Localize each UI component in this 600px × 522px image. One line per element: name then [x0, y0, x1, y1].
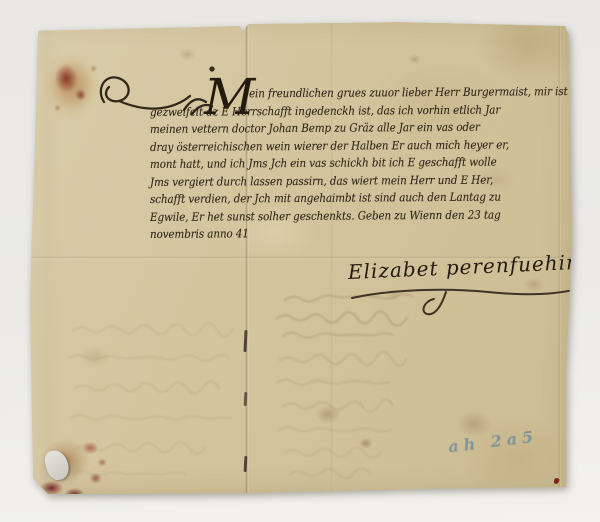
letter-line-1: ein freundlichen grues zuuor lieber Herr… [150, 83, 528, 103]
letter-line-7: schafft verdien, der Jch mit angehaimbt … [150, 188, 528, 208]
letter-paper: M ein freundlichen grues zuuor lieber He… [30, 16, 572, 496]
signature-flourish [348, 286, 583, 320]
letter-line-9: novembris anno 41 [150, 223, 528, 243]
letter-paper-wrap: M ein freundlichen grues zuuor lieber He… [0, 0, 600, 522]
letter-line-5: mont hatt, und ich Jms Jch ein vas schic… [150, 153, 528, 173]
photograph-of-letter: M ein freundlichen grues zuuor lieber He… [0, 0, 600, 522]
signature-block: Elizabet perenfuehin [348, 260, 588, 320]
letter-body: ein freundlichen grues zuuor lieber Herr… [150, 86, 570, 244]
letter-line-3: meinen vettern doctor Johan Bemp zu Gräz… [150, 118, 528, 138]
